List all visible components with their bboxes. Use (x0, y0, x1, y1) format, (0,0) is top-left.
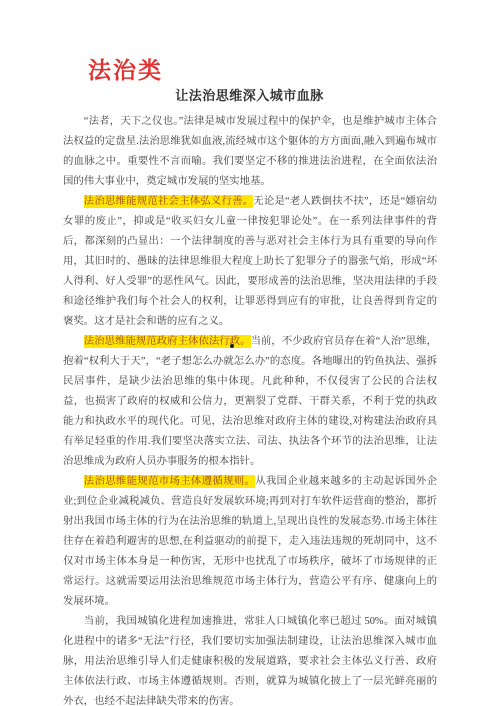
paragraph: 法治思维能规范社会主体弘义行善。无论是“老人跌倒扶不扶”，还是“嫖宿幼女罪的废止… (63, 192, 437, 332)
document-body: “法者，天下之仪也。”法律是城市发展过程中的保护伞，也是维护城市主体合法权益的定… (63, 112, 437, 706)
ink-spot (230, 344, 234, 348)
paragraph-text: “法者，天下之仪也。”法律是城市发展过程中的保护伞，也是维护城市主体合法权益的定… (63, 116, 437, 187)
paragraph-text: 无论是“老人跌倒扶不扶”，还是“嫖宿幼女罪的废止”，抑或是“收买妇女儿童一律按犯… (63, 196, 437, 327)
paragraph: “法者，天下之仪也。”法律是城市发展过程中的保护伞，也是维护城市主体合法权益的定… (63, 112, 437, 192)
paragraph-text: 从我国企业越来越多的主动起诉国外企业;到位企业减税减负、营造良好发展软环境;再到… (63, 476, 437, 607)
document-page: 法治类 让法治思维深入城市血脉 “法者，天下之仪也。”法律是城市发展过程中的保护… (0, 0, 499, 706)
paragraph: 法治思维能规范市场主体遵循规则。从我国企业越来越多的主动起诉国外企业;到位企业减… (63, 472, 437, 612)
page-title: 让法治思维深入城市血脉 (0, 88, 499, 104)
category-label: 法治类 (88, 56, 163, 84)
paragraph-text: 当前，不少政府官员存在着“人治”思维，抱着“权利大于天”，“老子想怎么办就怎么办… (63, 336, 437, 467)
highlighted-lead-sentence: 法治思维能规范市场主体遵循规则。 (84, 475, 255, 488)
paragraph-text: 当前，我国城镇化进程加速推进，常驻人口城镇化率已超过 50%。面对城镇化进程中的… (63, 616, 437, 706)
highlighted-lead-sentence: 法治思维能规范社会主体弘义行善。 (84, 195, 253, 208)
paragraph: 当前，我国城镇化进程加速推进，常驻人口城镇化率已超过 50%。面对城镇化进程中的… (63, 612, 437, 706)
highlighted-lead-sentence: 法治思维能规范政府主体依法行政。 (84, 335, 251, 348)
paragraph: 法治思维能规范政府主体依法行政。当前，不少政府官员存在着“人治”思维，抱着“权利… (63, 332, 437, 472)
